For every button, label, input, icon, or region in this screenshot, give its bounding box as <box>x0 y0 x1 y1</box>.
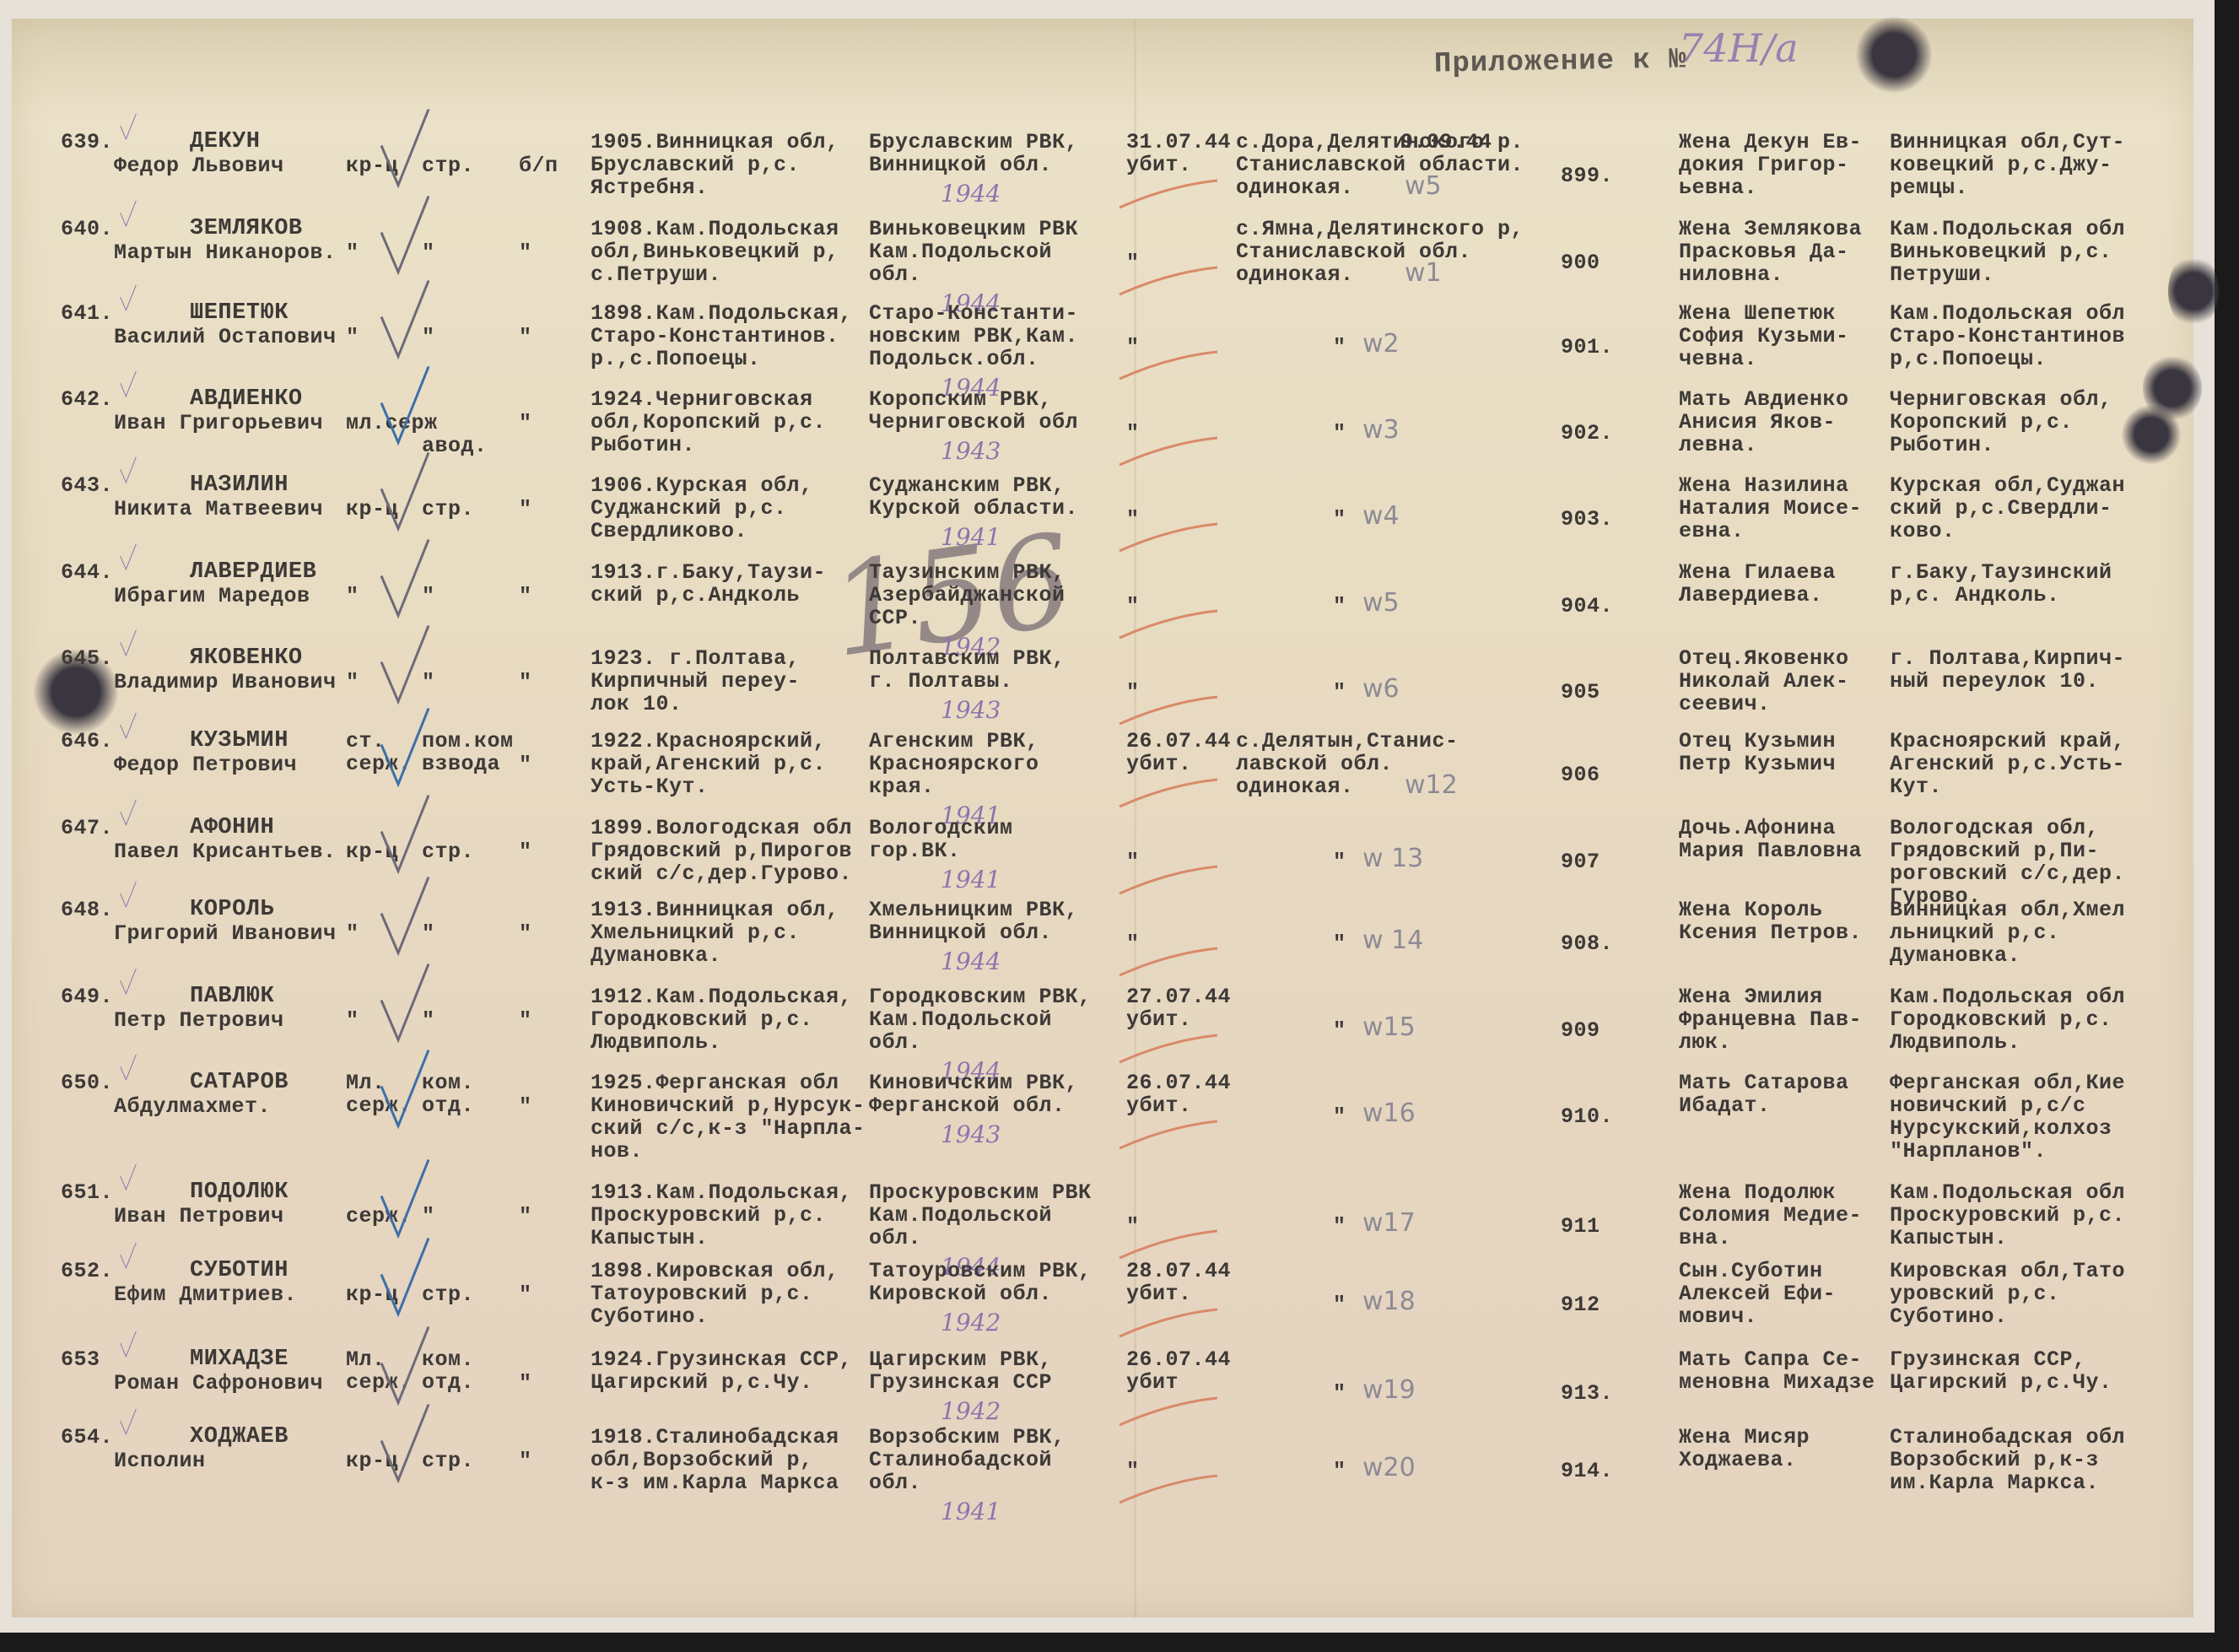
burial-place: " <box>1333 508 1346 531</box>
checkmark-icon <box>380 449 430 533</box>
order-number: 907 <box>1561 850 1600 873</box>
draft-info: Агенским РВК, Красноярского края. <box>869 730 1039 798</box>
red-pencil-mark-icon <box>1118 435 1219 468</box>
draft-year-handwritten: 1944 <box>941 947 1001 975</box>
given-names: Роман Сафронович <box>114 1372 323 1395</box>
checkmark-icon <box>380 536 430 620</box>
burial-place: " <box>1333 336 1346 359</box>
burial-note-handwritten: w19 <box>1362 1375 1416 1405</box>
relative-name: Жена Гилаева Лавердиева. <box>1679 561 1836 607</box>
birth-info: 1924.Грузинская ССР, Цагирский р,с.Чу. <box>591 1348 852 1394</box>
checkmark-icon <box>380 791 430 876</box>
burial-note-handwritten: w2 <box>1362 329 1400 359</box>
given-names: Владимир Иванович <box>114 671 337 694</box>
given-names: Федор Петрович <box>114 753 297 776</box>
party-status: " <box>519 412 532 435</box>
draft-info: Татоуровским РВК, Кировской обл. <box>869 1260 1092 1305</box>
given-names: Григорий Иванович <box>114 922 337 945</box>
burial-note-handwritten: w16 <box>1362 1099 1416 1128</box>
order-number: 900 <box>1561 251 1600 274</box>
checkmark-icon <box>120 1050 137 1084</box>
party-status: " <box>519 241 532 264</box>
burial-place: " <box>1333 681 1346 704</box>
checkmark-icon <box>120 367 137 401</box>
record-number: 654. <box>61 1426 113 1449</box>
relative-name: Жена Шепетюк София Кузьми- чевна. <box>1679 302 1849 370</box>
relative-address: г.Баку,Таузинский р,с. Андколь. <box>1890 561 2112 607</box>
red-pencil-mark-icon <box>1118 177 1219 211</box>
record-number: 649. <box>61 985 113 1008</box>
draft-info: Ворзобским РВК, Сталинобадской обл. <box>869 1426 1066 1494</box>
red-pencil-mark-icon <box>1118 521 1219 554</box>
death-info: 26.07.44 убит <box>1126 1348 1231 1394</box>
record-number: 646. <box>61 730 113 753</box>
death-info: 28.07.44 убит. <box>1126 1260 1231 1305</box>
burial-note-handwritten: w3 <box>1362 415 1400 445</box>
red-pencil-mark-icon <box>1118 1472 1219 1506</box>
surname: ПАВЛЮК <box>190 985 274 1008</box>
relative-name: Дочь.Афонина Мария Павловна <box>1679 817 1862 862</box>
relative-name: Мать Авдиенко Анисия Яков- левна. <box>1679 388 1849 456</box>
header-stamp: Приложение к № <box>1434 44 1687 80</box>
birth-info: 1913.Кам.Подольская, Проскуровский р,с. … <box>591 1181 852 1250</box>
checkmark-icon <box>120 709 137 742</box>
party-status: " <box>519 1205 532 1228</box>
red-pencil-mark-icon <box>1118 607 1219 641</box>
relative-address: Кам.Подольская обл Проскуровский р,с. Ка… <box>1890 1181 2125 1250</box>
record-number: 653 <box>61 1348 100 1371</box>
red-pencil-mark-icon <box>1118 1395 1219 1428</box>
draft-year-handwritten: 1941 <box>941 523 1001 551</box>
red-pencil-mark-icon <box>1118 1228 1219 1261</box>
red-pencil-mark-icon <box>1118 694 1219 727</box>
draft-year-handwritten: 1941 <box>941 866 1001 893</box>
draft-info: Киновичским РВК, Ферганской обл. <box>869 1072 1078 1117</box>
checkmark-icon <box>380 622 430 706</box>
death-info: 31.07.44 убит. <box>1126 131 1231 176</box>
checkmark-icon <box>120 796 137 829</box>
surname: КУЗЬМИН <box>190 730 289 753</box>
ink-blot-icon <box>1856 17 1932 93</box>
record-number: 639. <box>61 131 113 154</box>
party-status: " <box>519 1095 532 1118</box>
record-number: 650. <box>61 1072 113 1094</box>
party-status: " <box>519 1283 532 1306</box>
checkmark-icon <box>380 1156 430 1240</box>
checkmark-icon <box>120 110 137 143</box>
surname: ДЕКУН <box>190 131 261 154</box>
relative-name: Отец Кузьмин Петр Кузьмич <box>1679 730 1836 775</box>
checkmark-icon <box>380 1046 430 1131</box>
birth-info: 1923. г.Полтава, Кирпичный переу- лок 10… <box>591 647 800 715</box>
order-number: 912 <box>1561 1293 1600 1316</box>
given-names: Иван Григорьевич <box>114 412 323 435</box>
checkmark-icon <box>120 1239 137 1272</box>
red-pencil-mark-icon <box>1118 1306 1219 1340</box>
relative-address: Черниговская обл, Коропский р,с. Рыботин… <box>1890 388 2112 456</box>
checkmark-icon <box>120 626 137 660</box>
draft-year-handwritten: 1944 <box>941 180 1001 208</box>
relative-name: Отец.Яковенко Николай Алек- сеевич. <box>1679 647 1849 715</box>
order-number: 906 <box>1561 764 1600 786</box>
rank: " <box>346 1009 359 1032</box>
given-names: Мартын Никаноров. <box>114 241 337 264</box>
burial-note-handwritten: w18 <box>1362 1287 1416 1316</box>
relative-address: Винницкая обл,Хмел льницкий р,с. Думанов… <box>1890 899 2125 967</box>
draft-info: Полтавским РВК, г. Полтавы. <box>869 647 1066 693</box>
record-number: 640. <box>61 218 113 240</box>
surname: МИХАДЗЕ <box>190 1348 289 1371</box>
party-status: " <box>519 753 532 776</box>
checkmark-icon <box>380 1401 430 1485</box>
burial-note-handwritten: w1 <box>1405 258 1442 288</box>
surname: АФОНИН <box>190 817 274 839</box>
surname: САТАРОВ <box>190 1072 289 1094</box>
relative-address: Грузинская ССР, Цагирский р,с.Чу. <box>1890 1348 2112 1394</box>
draft-year-handwritten: 1943 <box>941 1120 1001 1148</box>
birth-info: 1906.Курская обл, Суджанский р,с. Свердл… <box>591 474 813 543</box>
burial-place: " <box>1333 932 1346 955</box>
record-number: 641. <box>61 302 113 325</box>
draft-info: Вологодским гор.ВК. <box>869 817 1013 862</box>
order-number: 904. <box>1561 595 1613 618</box>
relative-name: Жена Мисяр Ходжаева. <box>1679 1426 1810 1471</box>
header-handwritten-number: 74Н/а <box>1679 25 1799 71</box>
draft-info: Бруславским РВК, Винницкой обл. <box>869 131 1078 176</box>
draft-info: Цагирским РВК, Грузинская ССР <box>869 1348 1052 1394</box>
relative-name: Жена Землякова Прасковья Да- ниловна. <box>1679 218 1862 286</box>
burial-note-handwritten: w17 <box>1362 1208 1416 1238</box>
birth-info: 1913.Винницкая обл, Хмельницкий р,с. Дум… <box>591 899 839 967</box>
party-status: " <box>519 1009 532 1032</box>
order-number: 914. <box>1561 1460 1613 1482</box>
death-info: 27.07.44 убит. <box>1126 985 1231 1031</box>
rank: " <box>346 241 359 264</box>
given-names: Федор Львович <box>114 154 284 177</box>
record-number: 645. <box>61 647 113 670</box>
red-pencil-mark-icon <box>1118 945 1219 979</box>
relative-address: Винницкая обл,Сут- ковецкий р,с.Джу- рем… <box>1890 131 2125 199</box>
checkmark-icon <box>120 197 137 230</box>
checkmark-icon <box>120 1327 137 1361</box>
burial-place: " <box>1333 1382 1346 1405</box>
given-names: Абдулмахмет. <box>114 1095 271 1118</box>
checkmark-icon <box>120 281 137 315</box>
checkmark-icon <box>380 277 430 361</box>
given-names: Ибрагим Маредов <box>114 585 310 607</box>
given-names: Петр Петрович <box>114 1009 284 1032</box>
burial-note-handwritten: w5 <box>1362 588 1400 618</box>
rank: " <box>346 326 359 348</box>
relative-address: Красноярский край, Агенский р,с.Усть- Ку… <box>1890 730 2125 798</box>
death-info: 26.07.44 убит. <box>1126 730 1231 775</box>
party-status: " <box>519 671 532 694</box>
record-number: 651. <box>61 1181 113 1204</box>
given-names: Исполин <box>114 1450 206 1472</box>
burial-note-handwritten: w 13 <box>1362 844 1423 873</box>
record-number: 652. <box>61 1260 113 1282</box>
party-status: " <box>519 840 532 863</box>
party-status: " <box>519 498 532 521</box>
checkmark-icon <box>380 960 430 1045</box>
checkmark-icon <box>120 453 137 487</box>
birth-info: 1898.Кам.Подольская, Старо-Константинов.… <box>591 302 852 370</box>
given-names: Павел Крисантьев. <box>114 840 337 863</box>
burial-place: " <box>1333 1019 1346 1042</box>
checkmark-icon <box>120 540 137 574</box>
relative-address: Курская обл,Суджан ский р,с.Свердли- ков… <box>1890 474 2125 543</box>
burial-place: " <box>1333 1105 1346 1128</box>
checkmark-icon <box>120 877 137 911</box>
relative-name: Мать Сапра Се- меновна Михадзе <box>1679 1348 1875 1394</box>
order-number: 901. <box>1561 336 1613 359</box>
draft-info: Городковским РВК, Кам.Подольской обл. <box>869 985 1092 1054</box>
party-status: " <box>519 1372 532 1395</box>
birth-info: 1898.Кировская обл, Татоуровский р,с. Су… <box>591 1260 839 1328</box>
party-status: " <box>519 326 532 348</box>
relative-address: Кам.Подольская обл Старо-Константинов р,… <box>1890 302 2125 370</box>
draft-year-handwritten: 1943 <box>941 437 1001 465</box>
record-number: 643. <box>61 474 113 497</box>
surname: НАЗИЛИН <box>190 474 289 497</box>
burial-place: " <box>1333 850 1346 873</box>
burial-place: " <box>1333 1293 1346 1316</box>
rank: " <box>346 585 359 607</box>
checkmark-icon <box>380 705 430 789</box>
record-number: 644. <box>61 561 113 584</box>
given-names: Никита Матвеевич <box>114 498 323 521</box>
birth-info: 1924.Черниговская обл,Коропский р,с. Рыб… <box>591 388 826 456</box>
relative-address: Кам.Подольская обл Виньковецкий р,с. Пет… <box>1890 218 2125 286</box>
surname: ЯКОВЕНКО <box>190 647 303 670</box>
draft-info: Проскуровским РВК Кам.Подольской обл. <box>869 1181 1092 1250</box>
burial-place: " <box>1333 1215 1346 1238</box>
burial-note-handwritten: w12 <box>1405 770 1458 800</box>
relative-name: Жена Назилина Наталия Моисе- евна. <box>1679 474 1862 543</box>
party-status: " <box>519 1450 532 1472</box>
draft-info: Суджанским РВК, Курской области. <box>869 474 1078 520</box>
relative-address: Кам.Подольская обл Городковский р,с. Люд… <box>1890 985 2125 1054</box>
position: пом.ком взвода <box>422 730 514 775</box>
order-number: 909 <box>1561 1019 1600 1042</box>
red-pencil-mark-icon <box>1118 776 1219 810</box>
order-number: 902. <box>1561 422 1613 445</box>
red-pencil-mark-icon <box>1118 1032 1219 1066</box>
red-pencil-mark-icon <box>1118 348 1219 382</box>
checkmark-icon <box>380 1234 430 1319</box>
order-number: 911 <box>1561 1215 1600 1238</box>
order-number: 903. <box>1561 508 1613 531</box>
birth-info: 1899.Вологодская обл Грядовский р,Пирого… <box>591 817 852 885</box>
birth-info: 1925.Ферганская обл Киновичский р,Нурсук… <box>591 1072 866 1163</box>
checkmark-icon <box>120 964 137 998</box>
burial-place: с.Ямна,Делятинского р, Станиславской обл… <box>1236 218 1524 286</box>
burial-note-handwritten: w5 <box>1405 171 1442 201</box>
given-names: Ефим Дмитриев. <box>114 1283 297 1306</box>
record-number: 647. <box>61 817 113 839</box>
draft-year-handwritten: 1942 <box>941 1397 1001 1425</box>
order-number: 905 <box>1561 681 1600 704</box>
birth-info: 1905.Винницкая обл, Бруславский р,с. Яст… <box>591 131 839 199</box>
red-pencil-mark-icon <box>1118 863 1219 897</box>
record-number: 642. <box>61 388 113 411</box>
draft-info: Виньковецким РВК Кам.Подольской обл. <box>869 218 1078 286</box>
party-status: " <box>519 585 532 607</box>
birth-info: 1912.Кам.Подольская, Городковский р,с. Л… <box>591 985 852 1054</box>
relative-name: Жена Король Ксения Петров. <box>1679 899 1862 944</box>
checkmark-icon <box>380 1323 430 1407</box>
surname: ШЕПЕТЮК <box>190 302 289 325</box>
surname: ХОДЖАЕВ <box>190 1426 289 1449</box>
position: авод. <box>422 412 488 457</box>
relative-address: г. Полтава,Кирпич- ный переулок 10. <box>1890 647 2125 693</box>
burial-note-handwritten: w6 <box>1362 674 1400 704</box>
burial-note-handwritten: w20 <box>1362 1453 1416 1482</box>
relative-name: Жена Декун Ев- докия Григор- ьевна. <box>1679 131 1862 199</box>
draft-info: Коропским РВК, Черниговской обл <box>869 388 1078 434</box>
surname: СУБОТИН <box>190 1260 289 1282</box>
order-number: 899. <box>1561 165 1613 187</box>
draft-year-handwritten: 1943 <box>941 696 1001 724</box>
ink-blot-icon <box>2168 253 2219 329</box>
relative-address: Кировская обл,Тато уровский р,с. Суботин… <box>1890 1260 2125 1328</box>
draft-year-handwritten: 1942 <box>941 1309 1001 1336</box>
order-number: 913. <box>1561 1382 1613 1405</box>
checkmark-icon <box>380 873 430 958</box>
draft-year-handwritten: 1941 <box>941 1498 1001 1525</box>
death-info: 26.07.44 убит. <box>1126 1072 1231 1117</box>
order-number: 908. <box>1561 932 1613 955</box>
birth-info: 1922.Красноярский, край,Агенский р,с. Ус… <box>591 730 826 798</box>
given-names: Василий Остапович <box>114 326 337 348</box>
relative-name: Сын.Суботин Алексей Ефи- мович. <box>1679 1260 1836 1328</box>
draft-info: Таузинским РВК, Азербайджанской ССР. <box>869 561 1066 629</box>
draft-info: Старо-Константи- новским РВК,Кам. Подоль… <box>869 302 1078 370</box>
ink-blot-icon <box>2122 405 2181 464</box>
burial-place: " <box>1333 595 1346 618</box>
burial-note-handwritten: w4 <box>1362 501 1400 531</box>
birth-info: 1908.Кам.Подольская обл,Виньковецкий р, … <box>591 218 839 286</box>
surname: АВДИЕНКО <box>190 388 303 411</box>
relative-name: Жена Эмилия Францевна Пав- люк. <box>1679 985 1862 1054</box>
relative-name: Мать Сатарова Ибадат. <box>1679 1072 1849 1117</box>
given-names: Иван Петрович <box>114 1205 284 1228</box>
checkmark-icon <box>380 192 430 277</box>
order-number: 910. <box>1561 1105 1613 1128</box>
red-pencil-mark-icon <box>1118 1118 1219 1152</box>
burial-place: " <box>1333 1460 1346 1482</box>
surname: ПОДОЛЮК <box>190 1181 289 1204</box>
order-date: 9.09.44 <box>1400 131 1492 154</box>
record-number: 648. <box>61 899 113 921</box>
checkmark-icon <box>120 1160 137 1194</box>
checkmark-icon <box>380 105 430 190</box>
relative-name: Жена Подолюк Соломия Медие- вна. <box>1679 1181 1862 1250</box>
relative-address: Ферганская обл,Кие новичский р,с/с Нурсу… <box>1890 1072 2125 1163</box>
relative-address: Сталинобадская обл Ворзобский р,к-з им.К… <box>1890 1426 2125 1494</box>
checkmark-icon <box>380 363 430 447</box>
draft-info: Хмельницким РВК, Винницкой обл. <box>869 899 1078 944</box>
rank: " <box>346 671 359 694</box>
relative-address: Вологодская обл, Грядовский р,Пи- роговс… <box>1890 817 2125 908</box>
surname: КОРОЛЬ <box>190 899 274 921</box>
checkmark-icon <box>120 1405 137 1439</box>
party-status: " <box>519 922 532 945</box>
surname: ЛАВЕРДИЕВ <box>190 561 316 584</box>
rank: " <box>346 922 359 945</box>
burial-note-handwritten: w15 <box>1362 1012 1416 1042</box>
party-status: б/п <box>519 154 558 177</box>
burial-place: " <box>1333 422 1346 445</box>
surname: ЗЕМЛЯКОВ <box>190 218 303 240</box>
birth-info: 1918.Сталинобадская обл,Ворзобский р, к-… <box>591 1426 839 1494</box>
burial-note-handwritten: w 14 <box>1362 926 1423 955</box>
birth-info: 1913.г.Баку,Таузи- ский р,с.Андколь <box>591 561 826 607</box>
red-pencil-mark-icon <box>1118 264 1219 298</box>
